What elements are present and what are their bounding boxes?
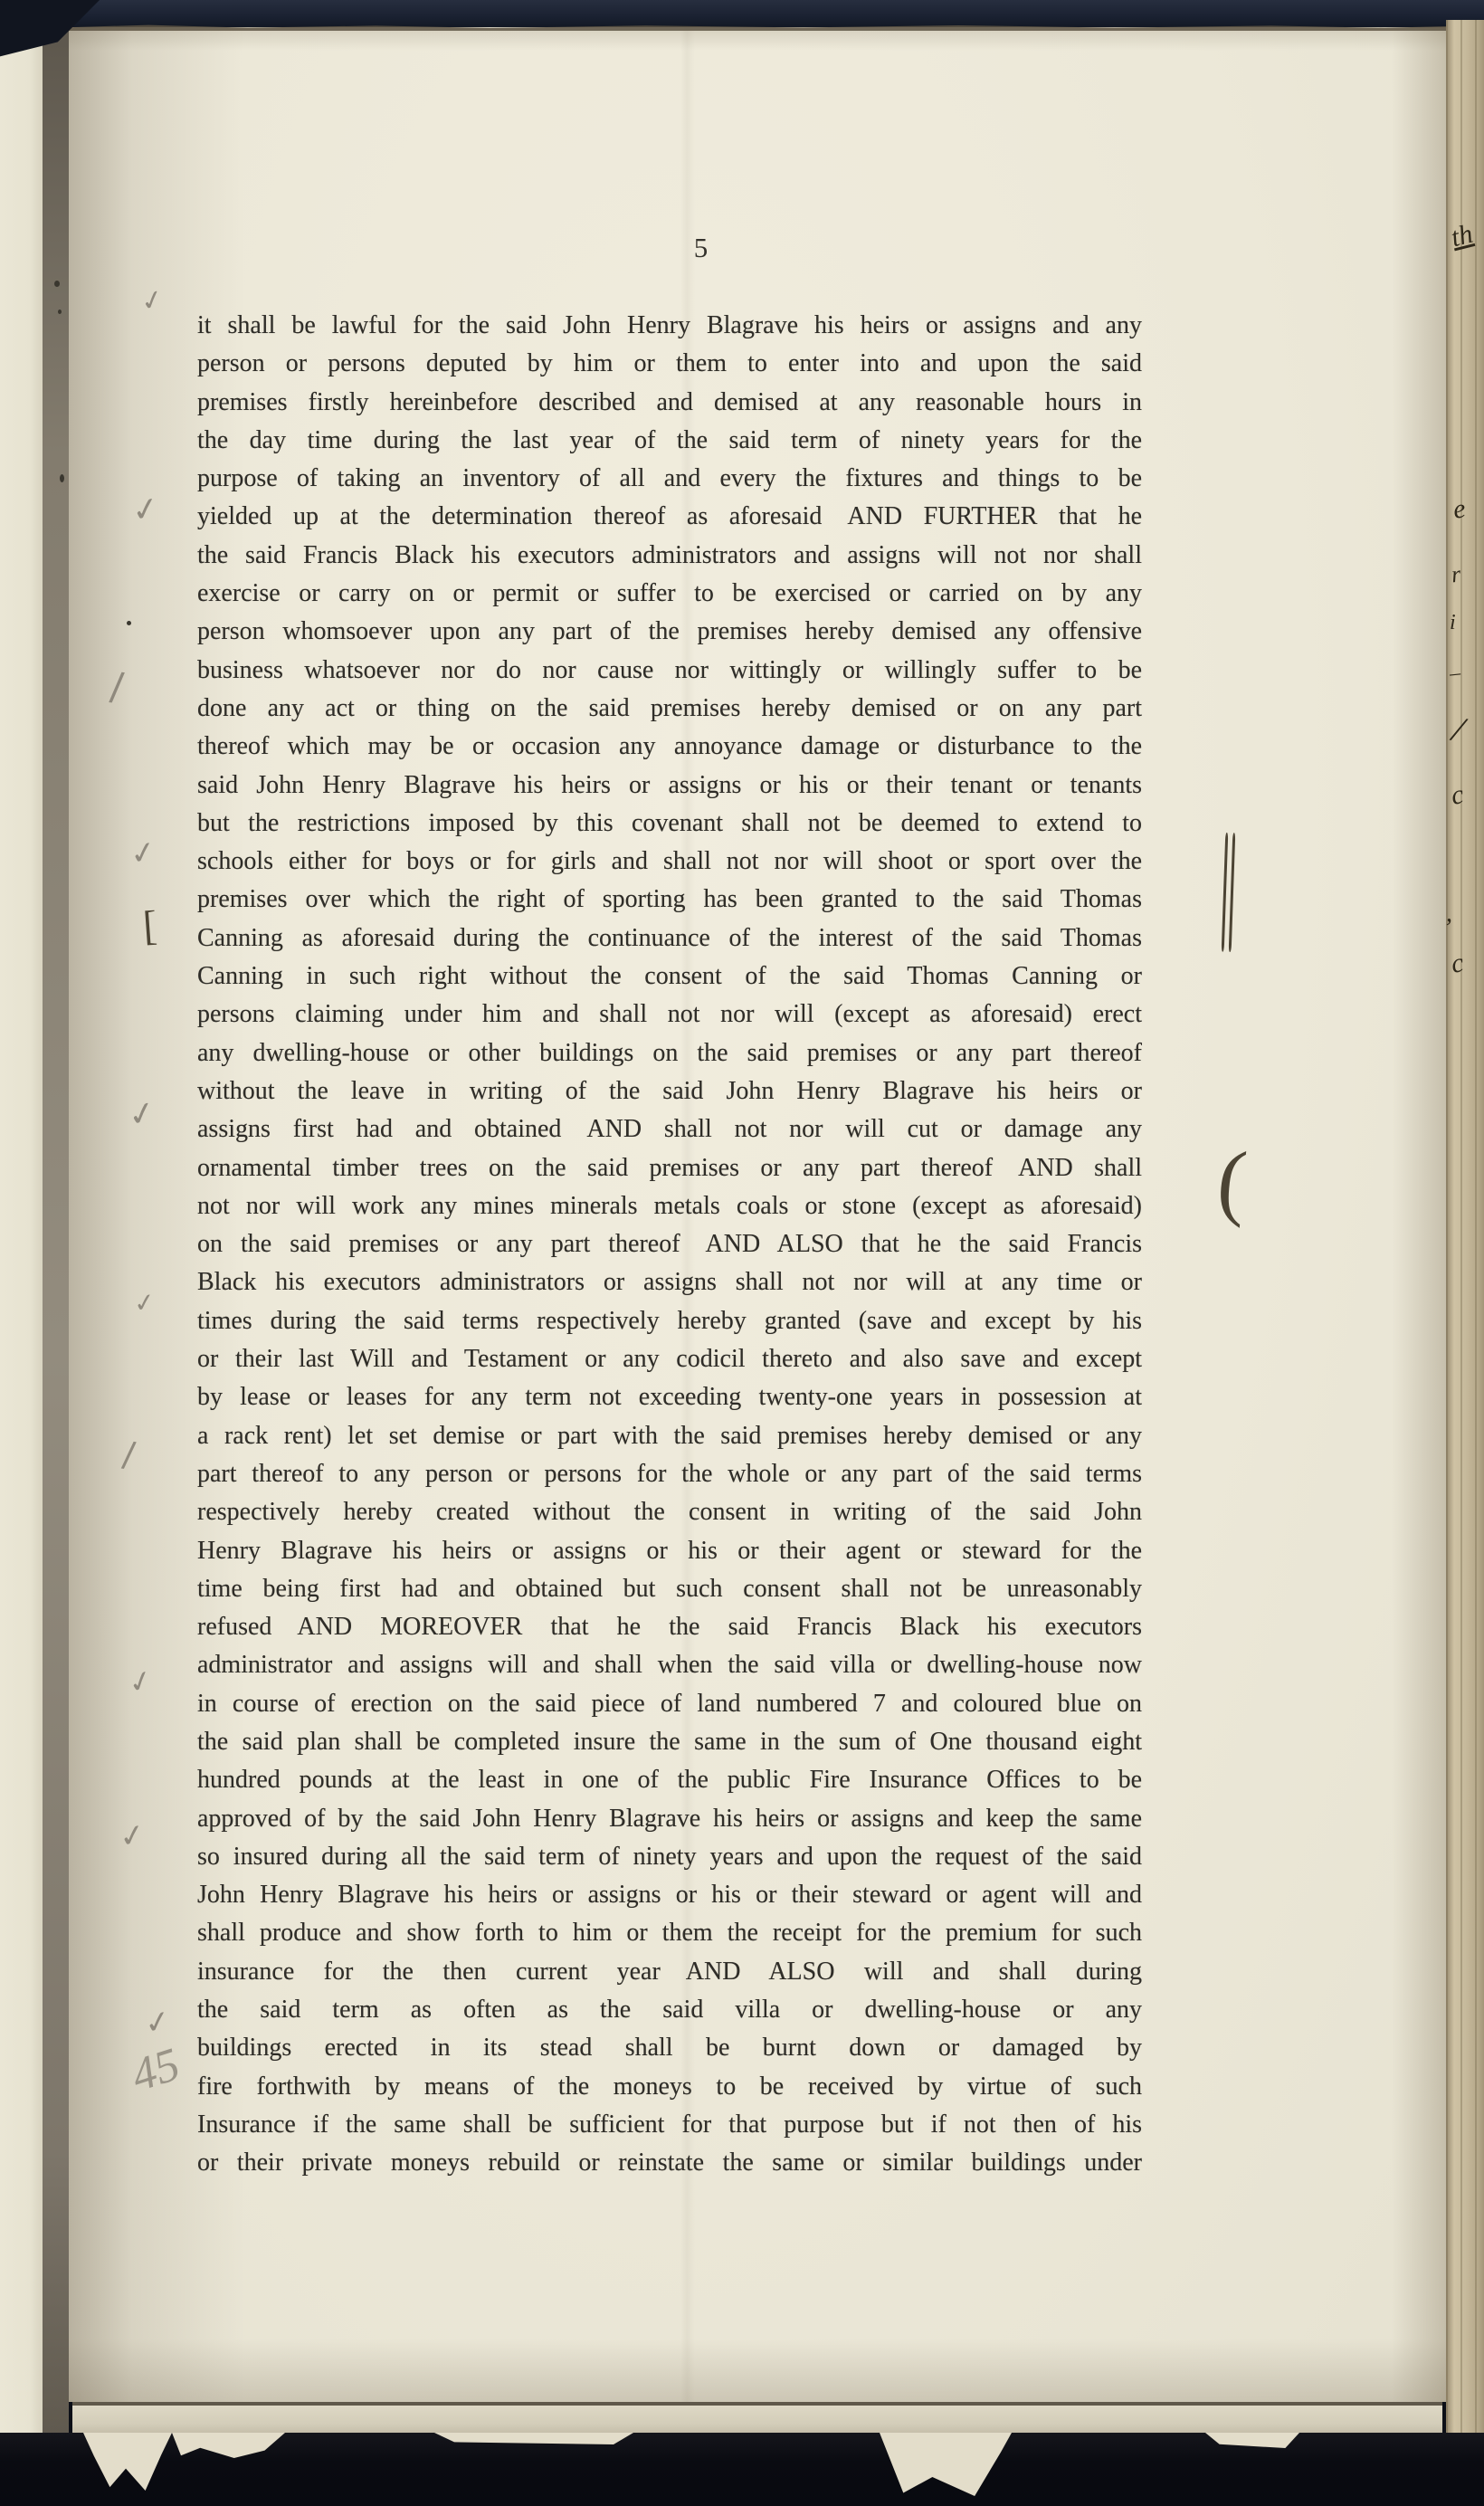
pencil-check-annotation: ✓ (142, 2006, 173, 2040)
document-line: shall produce and show forth to him or t… (197, 1914, 1142, 1952)
ink-mark-annotation: [ (141, 905, 157, 948)
document-line: by lease or leases for any term not exce… (197, 1378, 1142, 1416)
document-line: Henry Blagrave his heirs or assigns or h… (197, 1532, 1142, 1570)
document-line: not nor will work any mines minerals met… (197, 1187, 1142, 1225)
document-line: person whomsoever upon any part of the p… (197, 613, 1142, 651)
document-line: fire forthwith by means of the moneys to… (197, 2068, 1142, 2106)
ink-speck (58, 310, 62, 314)
document-line: hundred pounds at the least in one of th… (197, 1761, 1142, 1799)
document-line: the day time during the last year of the… (197, 422, 1142, 460)
pencil-check-annotation: ✓ (132, 1290, 157, 1318)
document-line: in course of erection on the said piece … (197, 1685, 1142, 1723)
pencil-check-annotation: ✓ (128, 836, 158, 871)
pencil-check-annotation: ✓ (117, 1819, 147, 1853)
document-line: persons claiming under him and shall not… (197, 996, 1142, 1034)
document-text-block: it shall be lawful for the said John Hen… (197, 307, 1142, 2183)
edge-ink-mark: – (1449, 662, 1461, 684)
document-line: respectively hereby created without the … (197, 1493, 1142, 1531)
document-line: Insurance if the same shall be sufficien… (197, 2106, 1142, 2144)
document-line: Black his executors administrators or as… (197, 1263, 1142, 1301)
document-line: or their private moneys rebuild or reins… (197, 2144, 1142, 2182)
document-line: yielded up at the determination thereof … (197, 498, 1142, 536)
document-line: insurance for the then current year AND … (197, 1953, 1142, 1991)
pencil-check-annotation: ✓ (129, 492, 162, 529)
document-line: without the leave in writing of the said… (197, 1072, 1142, 1110)
document-line: Canning as aforesaid during the continua… (197, 920, 1142, 958)
document-line: approved of by the said John Henry Blagr… (197, 1800, 1142, 1838)
edge-ink-mark: i (1450, 612, 1456, 634)
ink-speck (127, 621, 131, 625)
document-line: exercise or carry on or permit or suffer… (197, 575, 1142, 613)
document-line: any dwelling-house or other buildings on… (197, 1034, 1142, 1072)
gutter-shadow (43, 18, 69, 2444)
document-line: business whatsoever nor do nor cause nor… (197, 652, 1142, 690)
document-line: so insured during all the said term of n… (197, 1838, 1142, 1876)
fore-edge-ridge (1475, 20, 1477, 2444)
ink-speck (60, 474, 64, 482)
document-line: refused AND MOREOVER that he the said Fr… (197, 1608, 1142, 1646)
document-line: times during the said terms respectively… (197, 1302, 1142, 1340)
document-line: time being first had and obtained but su… (197, 1570, 1142, 1608)
document-line: John Henry Blagrave his heirs or assigns… (197, 1876, 1142, 1914)
opposite-page-edge (0, 14, 43, 2445)
document-line: on the said premises or any part thereof… (197, 1225, 1142, 1263)
document-line: said John Henry Blagrave his heirs or as… (197, 767, 1142, 805)
document-line: buildings erected in its stead shall be … (197, 2029, 1142, 2067)
document-line: ornamental timber trees on the said prem… (197, 1149, 1142, 1187)
document-line: the said Francis Black his executors adm… (197, 537, 1142, 575)
document-line: it shall be lawful for the said John Hen… (197, 307, 1142, 345)
document-line: part thereof to any person or persons fo… (197, 1455, 1142, 1493)
document-line: or their last Will and Testament or any … (197, 1340, 1142, 1378)
document-line: administrator and assigns will and shall… (197, 1646, 1142, 1684)
document-line: premises over which the right of sportin… (197, 881, 1142, 919)
document-line: Canning in such right without the consen… (197, 958, 1142, 996)
fore-edge-strip (1446, 20, 1484, 2444)
document-line: premises firstly hereinbefore described … (197, 384, 1142, 422)
document-line: purpose of taking an inventory of all an… (197, 460, 1142, 498)
document-line: but the restrictions imposed by this cov… (197, 805, 1142, 843)
page-number: 5 (674, 232, 728, 264)
document-line: thereof which may be or occasion any ann… (197, 728, 1142, 766)
fore-edge-ridge (1460, 20, 1462, 2444)
document-line: the said term as often as the said villa… (197, 1991, 1142, 2029)
document-line: a rack rent) let set demise or part with… (197, 1417, 1142, 1455)
document-line: schools either for boys or for girls and… (197, 843, 1142, 881)
edge-ink-mark: , (1446, 901, 1452, 927)
document-line: done any act or thing on the said premis… (197, 690, 1142, 728)
ink-speck (54, 281, 60, 287)
document-line: the said plan shall be completed insure … (197, 1723, 1142, 1761)
book-scan-photo: 5 it shall be lawful for the said John H… (0, 0, 1484, 2506)
document-line: assigns first had and obtained AND shall… (197, 1110, 1142, 1148)
document-line: person or persons deputed by him or them… (197, 345, 1142, 383)
